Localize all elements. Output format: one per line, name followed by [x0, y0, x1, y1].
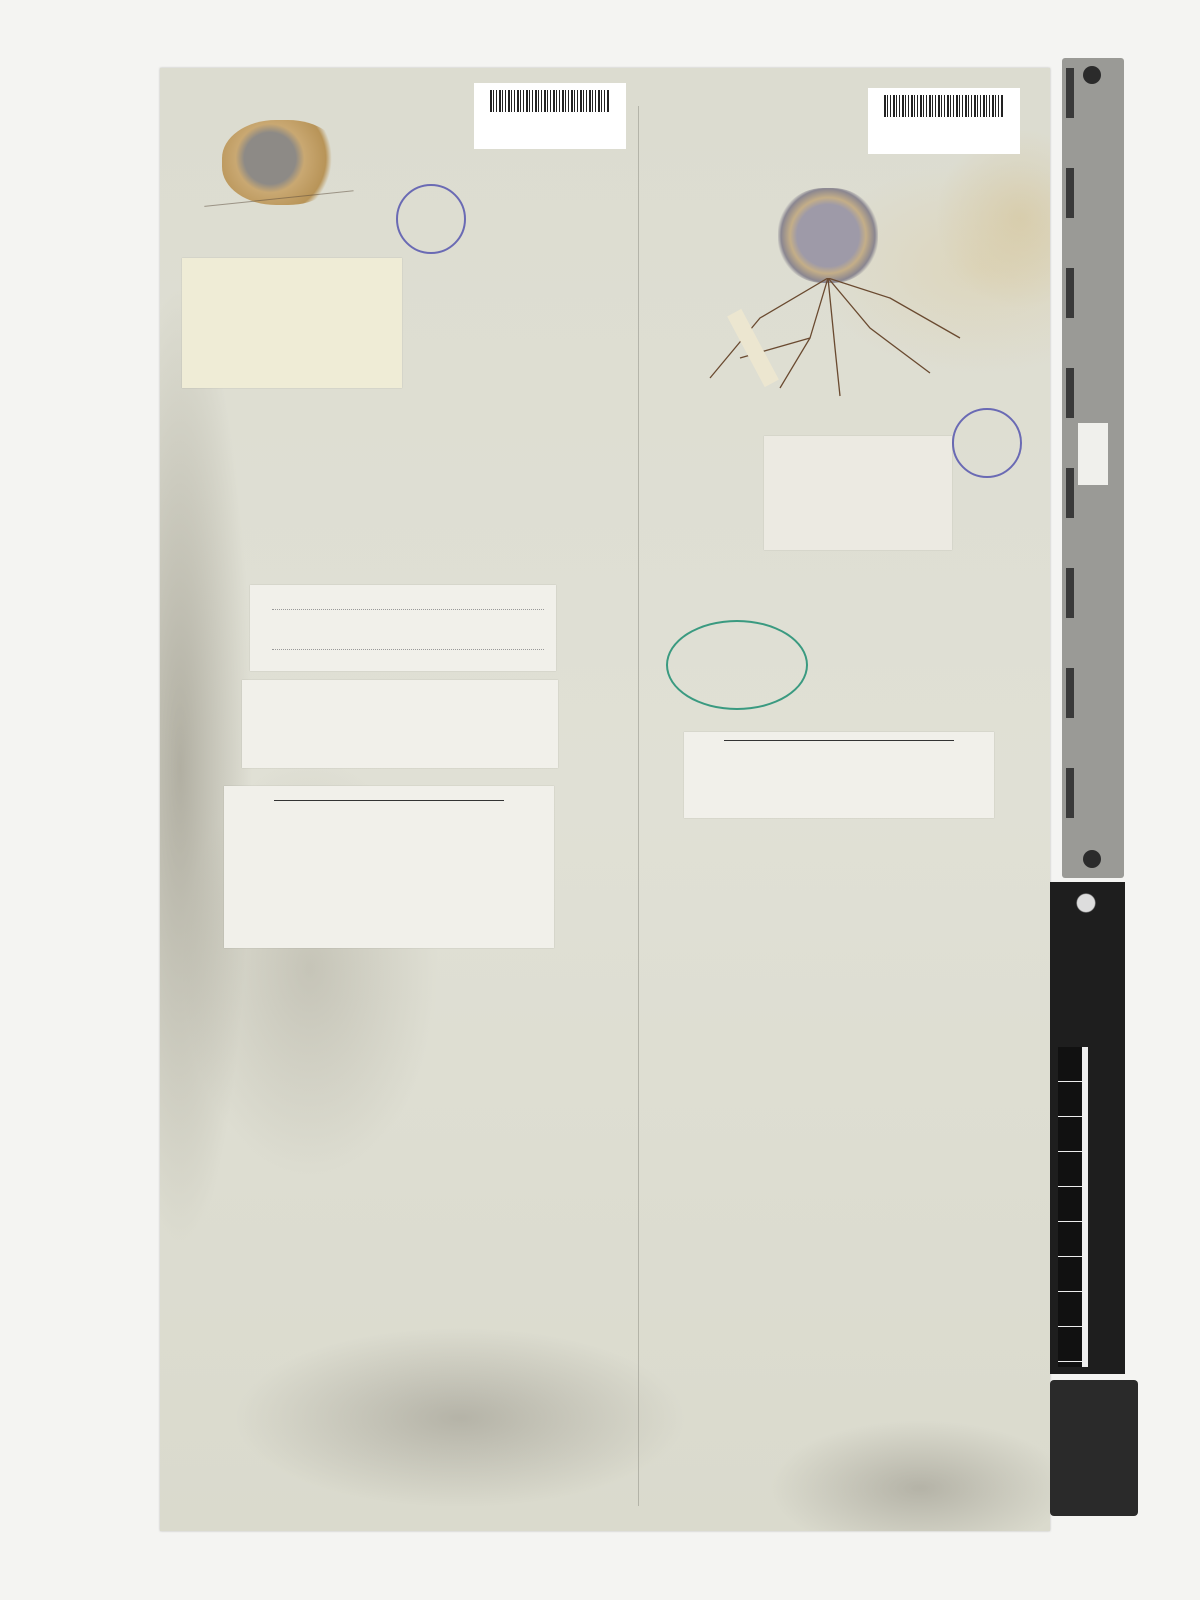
determination-printed-label — [684, 732, 994, 818]
color-checker — [1050, 1380, 1138, 1516]
barcode-label-2 — [868, 88, 1020, 154]
barcode-institution — [879, 88, 1008, 92]
collector-label — [764, 436, 952, 550]
kew-accession-stamp — [666, 620, 808, 710]
target-patch — [1078, 423, 1108, 485]
color-calibration-ruler — [1062, 58, 1124, 878]
royal-crest-icon — [1068, 886, 1104, 920]
number-label — [182, 258, 402, 388]
cm-scale — [1058, 1047, 1088, 1367]
kew-scale-bar — [1050, 882, 1125, 1374]
ruler-hole — [1083, 66, 1101, 84]
fold-line — [638, 106, 639, 1506]
barcode-label-1 — [474, 83, 626, 149]
barcode-bars — [884, 95, 1004, 117]
ruler-hole — [1083, 850, 1101, 868]
specimen-plant-right — [778, 188, 878, 283]
type-taxon — [272, 609, 544, 610]
isotype-annotation-card — [250, 585, 556, 671]
isotype-printed-label — [224, 786, 554, 948]
barcode-institution — [485, 83, 614, 87]
determination-card — [242, 680, 558, 768]
herbarium-sheet — [160, 68, 1050, 1531]
ruler-scale — [1066, 68, 1074, 858]
barcode-bars — [490, 90, 610, 112]
herbarium-stamp-left — [396, 184, 466, 254]
herbarium-stamp-right — [952, 408, 1022, 478]
